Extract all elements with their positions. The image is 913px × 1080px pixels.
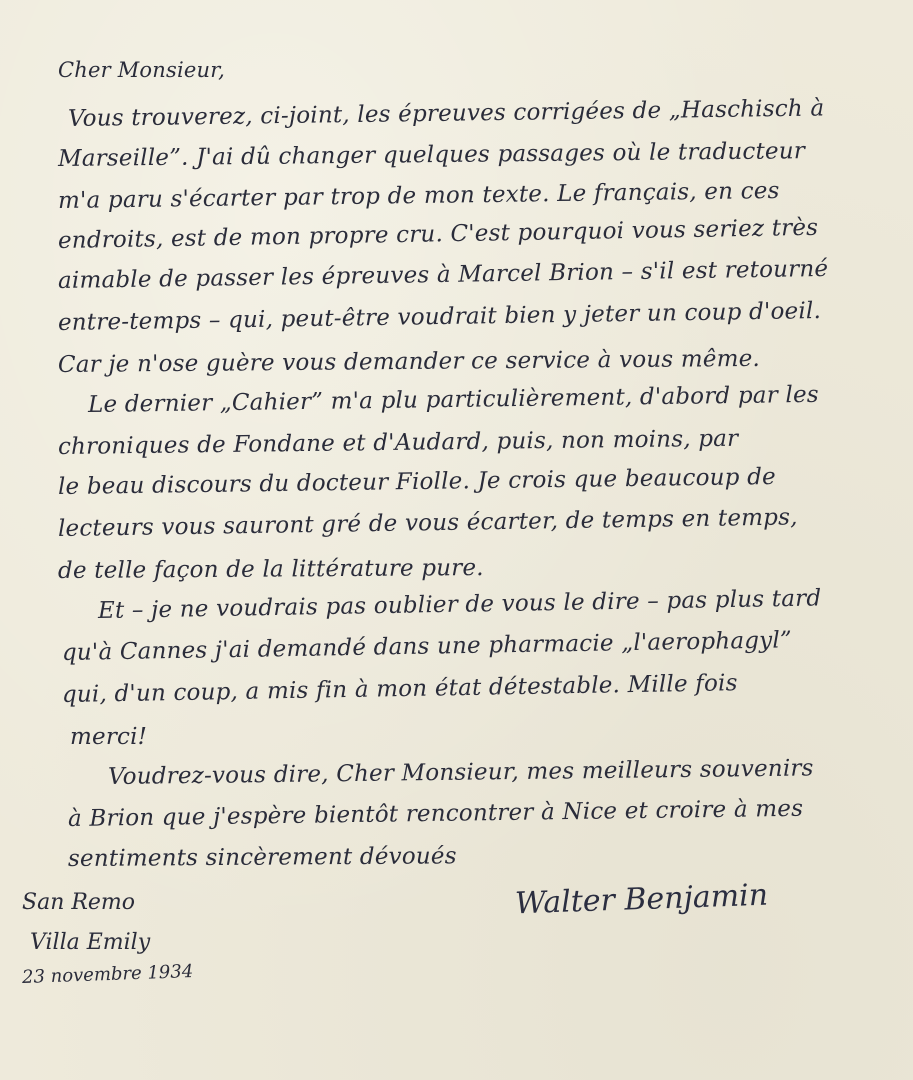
closing-place: San Remo [22, 890, 135, 915]
letter-salutation: Cher Monsieur, [58, 58, 225, 82]
letter-line: sentiments sincèrement dévoués [68, 843, 457, 872]
letter-line: merci! [70, 724, 147, 750]
letter-line: de telle façon de la littérature pure. [58, 555, 484, 584]
closing-villa: Villa Emily [30, 930, 150, 955]
